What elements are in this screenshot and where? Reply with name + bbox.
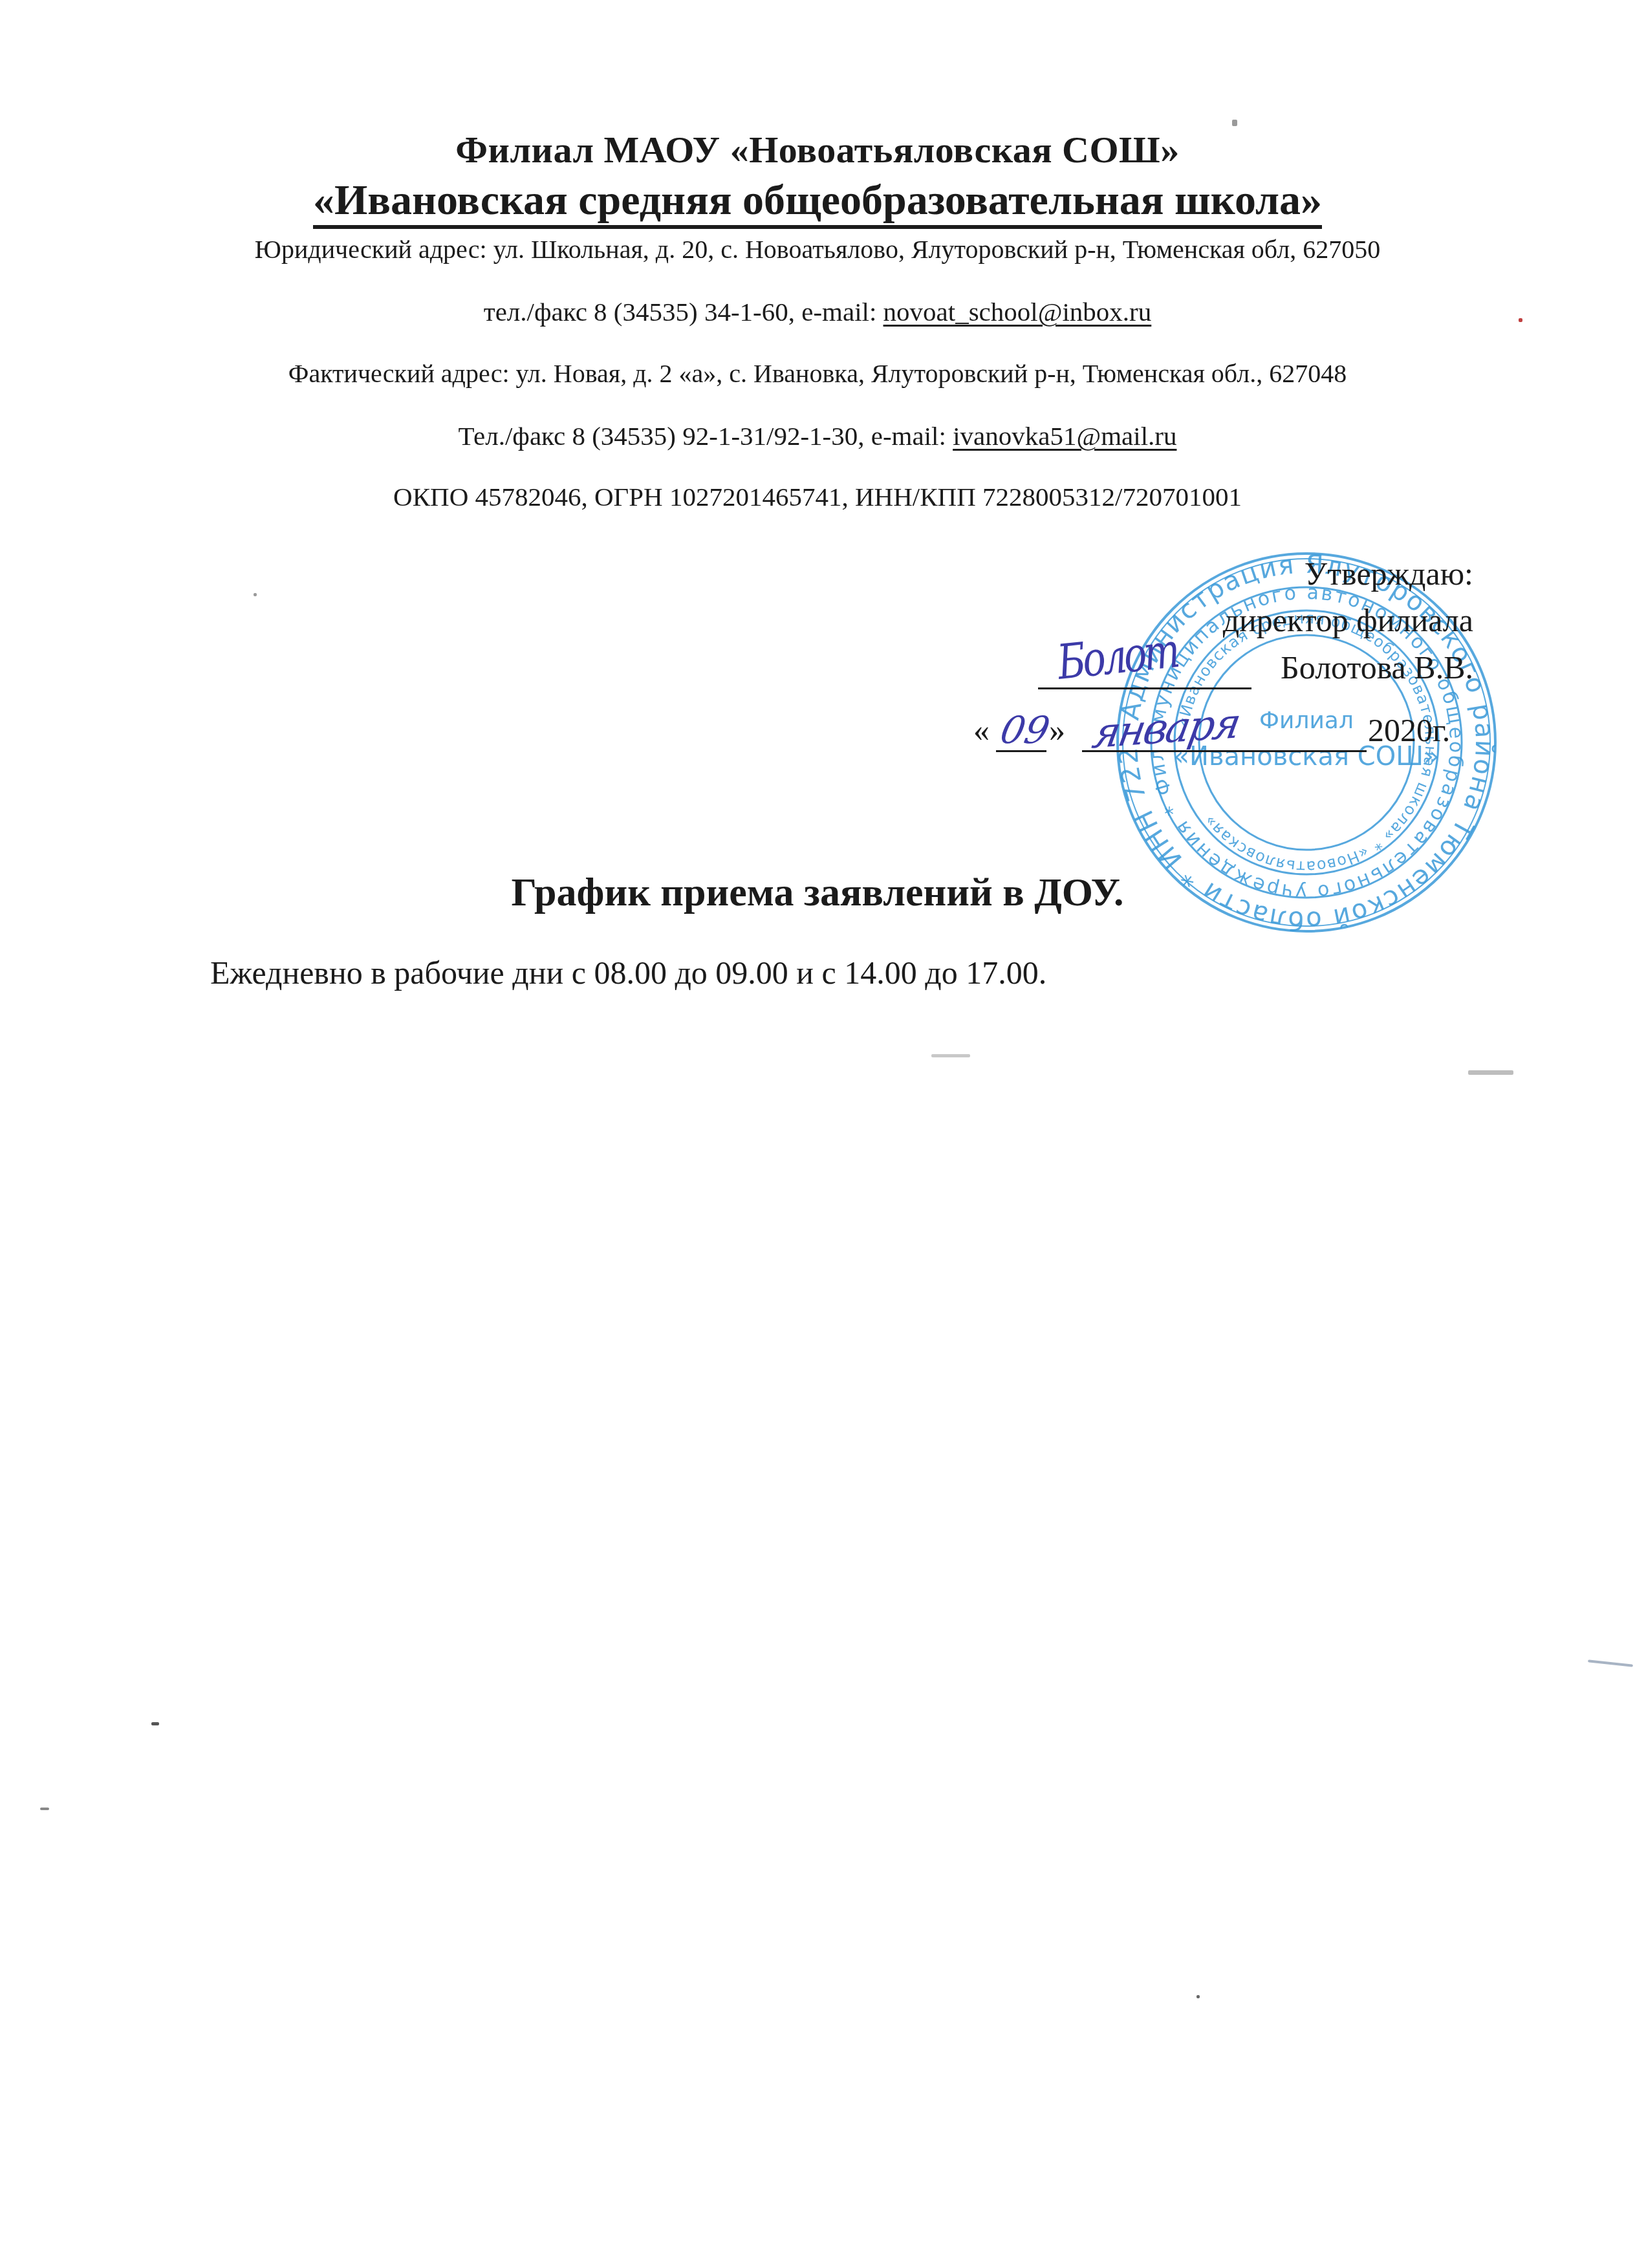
scan-speck (1519, 318, 1522, 322)
handwritten-month: января (1089, 700, 1243, 759)
org-name-line2-text: «Ивановская средняя общеобразовательная … (313, 177, 1322, 229)
scan-speck (931, 1054, 970, 1057)
contact-line-2: Тел./факс 8 (34535) 92-1-31/92-1-30, e-m… (0, 420, 1635, 451)
contact-1-phone: тел./факс 8 (34535) 34-1-60, e-mail: (484, 297, 883, 327)
org-name-line2: «Ивановская средняя общеобразовательная … (0, 176, 1635, 225)
schedule-text: Ежедневно в рабочие дни с 08.00 до 09.00… (210, 954, 1046, 991)
scan-speck (254, 593, 257, 596)
contact-2-phone: Тел./факс 8 (34535) 92-1-31/92-1-30, e-m… (459, 421, 953, 451)
scan-speck (151, 1722, 159, 1725)
date-quote-close: » (1049, 711, 1065, 749)
approval-label: Утверждаю: (1305, 555, 1473, 592)
scan-speck (1196, 1995, 1200, 1998)
approver-name: Болотова В.В. (1281, 649, 1473, 686)
email-link-novoat[interactable]: novoat_school@inbox.ru (883, 297, 1152, 327)
handwritten-day: 09 (997, 708, 1054, 752)
date-quote-open: « (973, 711, 990, 749)
contact-line-1: тел./факс 8 (34535) 34-1-60, e-mail: nov… (0, 296, 1635, 327)
email-link-ivanovka[interactable]: ivanovka51@mail.ru (953, 421, 1176, 451)
svg-text:Филиал: Филиал (1259, 707, 1354, 734)
scan-speck (1468, 1070, 1513, 1075)
document-page: Филиал МАОУ «Новоатьяловская СОШ» «Ивано… (0, 0, 1635, 2268)
scan-speck (40, 1808, 49, 1810)
org-name-line1: Филиал МАОУ «Новоатьяловская СОШ» (0, 128, 1635, 171)
registration-codes: ОКПО 45782046, ОГРН 1027201465741, ИНН/К… (0, 481, 1635, 512)
scan-speck (1588, 1659, 1633, 1667)
approval-year: 2020г. (1368, 711, 1450, 749)
document-title: График приема заявлений в ДОУ. (0, 870, 1635, 916)
handwritten-signature: Болот (1055, 623, 1180, 691)
scan-speck (1232, 120, 1237, 126)
approval-position: директор филиала (1223, 601, 1473, 639)
actual-address: Фактический адрес: ул. Новая, д. 2 «а», … (0, 358, 1635, 389)
legal-address: Юридический адрес: ул. Школьная, д. 20, … (0, 234, 1635, 265)
